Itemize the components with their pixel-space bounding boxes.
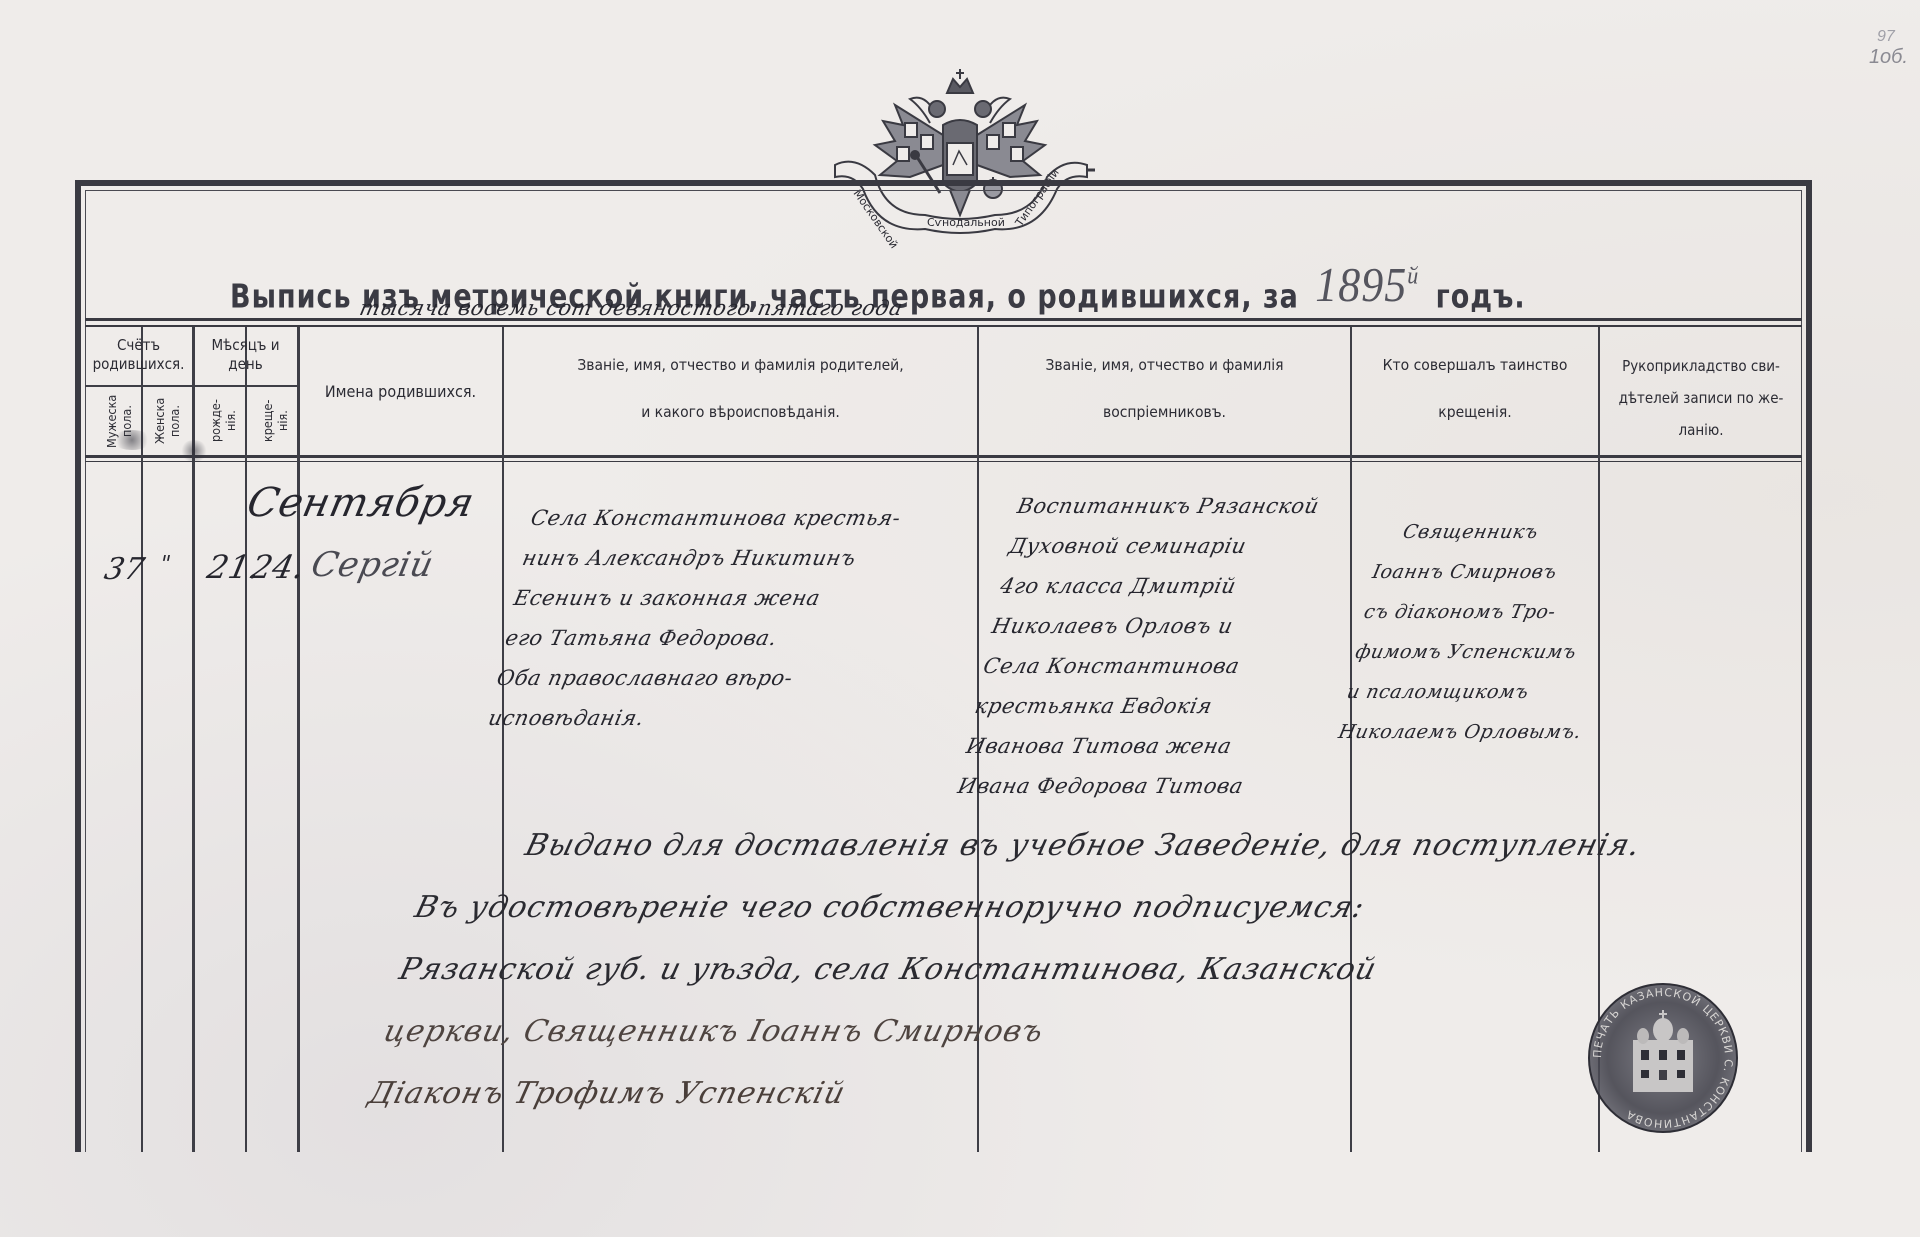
header-godparents: Званіе, имя, отчество и фамилія воспріем…	[979, 342, 1350, 435]
header-witnesses: Рукоприкладство сви- дѣтелей записи по ж…	[1600, 350, 1802, 446]
column-divider	[245, 327, 247, 1152]
ink-smudge	[180, 440, 208, 462]
header-date-baptism: креще-нія.	[260, 390, 290, 452]
cell-baptism-day: 24.	[248, 548, 308, 586]
column-divider	[297, 327, 300, 1152]
certification-line: Выдано для доставленія въ учебное Заведе…	[423, 815, 1878, 877]
subheader-line	[194, 385, 297, 387]
header-count-group: Счётъ родившихся.	[85, 336, 192, 374]
archive-folio-note: 97 1об.	[1869, 28, 1908, 69]
church-seal-icon: ПЕЧАТЬ КАЗАНСКОЙ ЦЕРКВИ С. КОНСТАНТИНОВА	[1583, 978, 1743, 1138]
title-year: 1895й	[1309, 258, 1425, 312]
title-suffix: годъ.	[1436, 278, 1526, 317]
subheader-line	[85, 385, 192, 387]
header-bottom-rule	[85, 455, 1802, 462]
cell-parents: Села Константинова крестья- нинъ Алексан…	[484, 498, 904, 738]
header-date-group: Мѣсяцъ и день	[194, 336, 297, 374]
certification-line: Въ удостовѣреніе чего собственноручно по…	[408, 877, 1863, 939]
column-divider	[141, 327, 143, 1152]
cell-male-number: 37	[101, 552, 148, 587]
cell-month: Сентября	[243, 480, 478, 526]
header-parents: Званіе, имя, отчество и фамилія родителе…	[504, 342, 977, 435]
ink-smudge	[112, 430, 152, 450]
folio-number: 1об.	[1869, 46, 1908, 68]
header-names: Имена родившихся.	[299, 382, 502, 402]
header-officiant: Кто совершалъ таинство крещенія.	[1352, 342, 1598, 435]
cell-child-name: Сергій	[308, 545, 437, 585]
header-count-female: Женска пола.	[152, 390, 182, 452]
cell-officiant: Священникъ Іоаннъ Смирновъ съ діакономъ …	[1334, 512, 1627, 752]
year-in-words: тысяча восемь сот девяностого пятаго год…	[357, 296, 905, 320]
folio-number-top: 97	[1877, 28, 1908, 46]
header-top-rule	[85, 318, 1802, 327]
header-date-birth: рожде-нія.	[208, 390, 238, 452]
